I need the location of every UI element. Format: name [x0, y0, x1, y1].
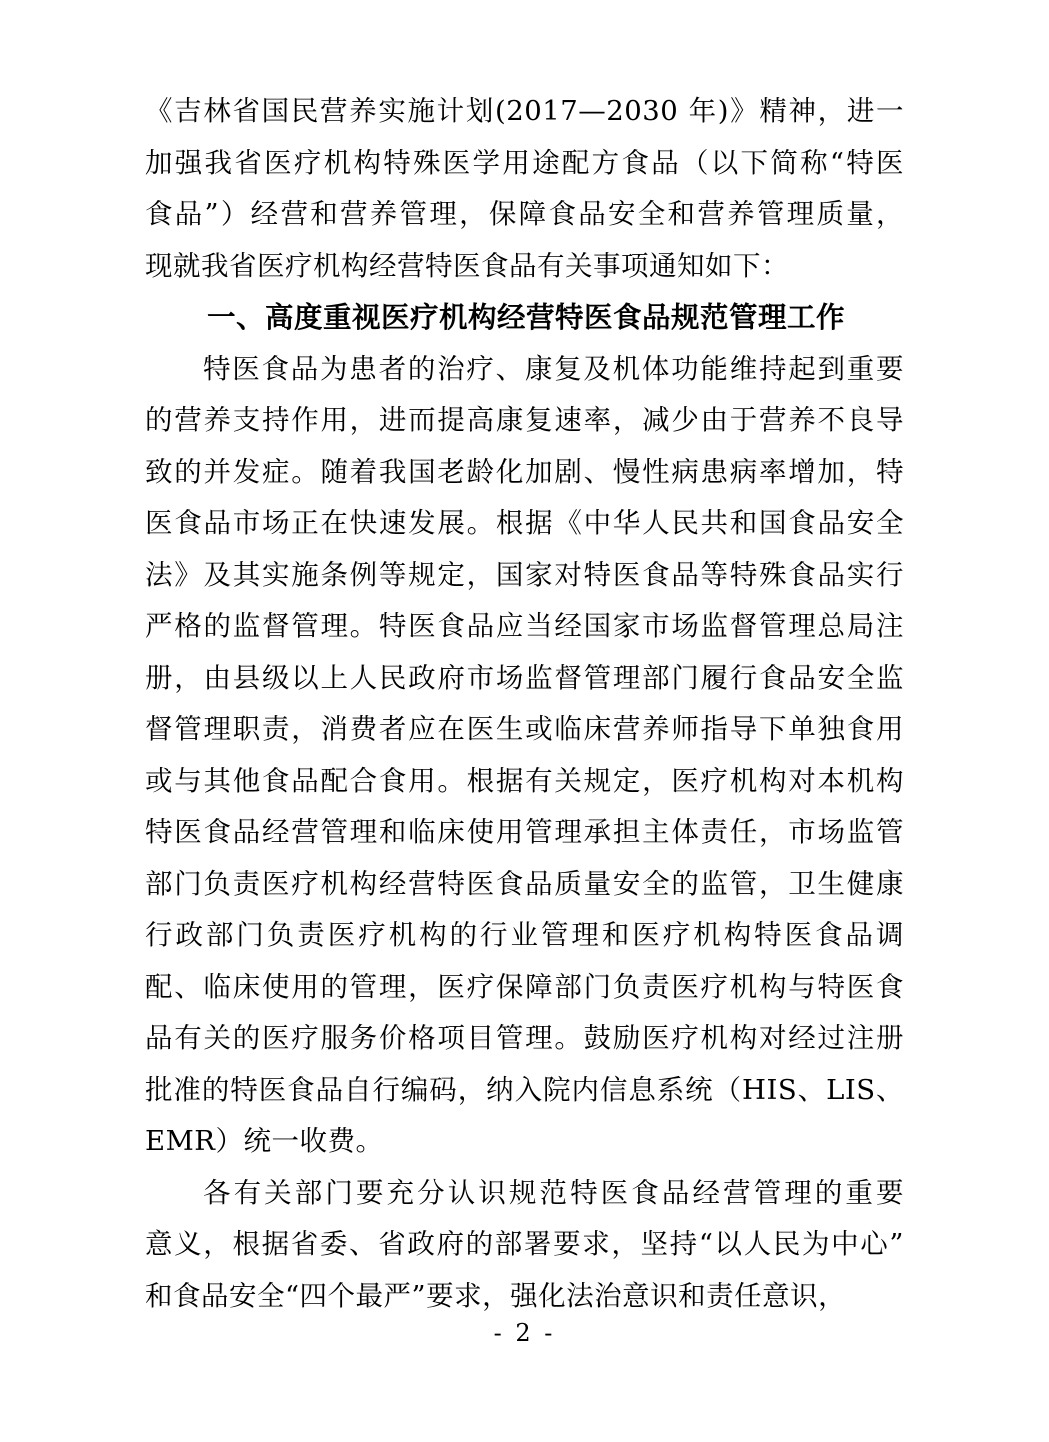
- text-line: 意义，根据省委、省政府的部署要求，坚持“以人民为中心”: [145, 1219, 904, 1271]
- text-line: 册，由县级以上人民政府市场监督管理部门履行食品安全监: [145, 653, 904, 705]
- text-line: 食品”）经营和营养管理，保障食品安全和营养管理质量，: [145, 189, 904, 241]
- text-line: 品有关的医疗服务价格项目管理。鼓励医疗机构对经过注册: [145, 1013, 904, 1065]
- text-line: 现就我省医疗机构经营特医食品有关事项通知如下：: [145, 241, 904, 293]
- text-line: 严格的监督管理。特医食品应当经国家市场监督管理总局注: [145, 601, 904, 653]
- text-line: 加强我省医疗机构特殊医学用途配方食品（以下简称“特医: [145, 138, 904, 190]
- page-number: - 2 -: [145, 1318, 904, 1348]
- section-heading: 一、高度重视医疗机构经营特医食品规范管理工作: [145, 292, 904, 344]
- document-page-body: 《吉林省国民营养实施计划(2017—2030 年)》精神，进一步 加强我省医疗机…: [145, 86, 904, 1322]
- text-line: 《吉林省国民营养实施计划(2017—2030 年)》精神，进一步: [145, 86, 904, 138]
- text-line: 医食品市场正在快速发展。根据《中华人民共和国食品安全: [145, 498, 904, 550]
- text-line: 批准的特医食品自行编码，纳入院内信息系统（HIS、LIS、: [145, 1065, 904, 1117]
- text-line: 行政部门负责医疗机构的行业管理和医疗机构特医食品调: [145, 910, 904, 962]
- text-line: 配、临床使用的管理，医疗保障部门负责医疗机构与特医食: [145, 962, 904, 1014]
- text-line: 致的并发症。随着我国老龄化加剧、慢性病患病率增加，特: [145, 447, 904, 499]
- text-line: EMR）统一收费。: [145, 1116, 904, 1168]
- text-line: 和食品安全“四个最严”要求，强化法治意识和责任意识，: [145, 1271, 904, 1323]
- text-line: 法》及其实施条例等规定，国家对特医食品等特殊食品实行: [145, 550, 904, 602]
- text-line: 特医食品经营管理和临床使用管理承担主体责任，市场监管: [145, 807, 904, 859]
- text-line: 的营养支持作用，进而提高康复速率，减少由于营养不良导: [145, 395, 904, 447]
- text-line: 部门负责医疗机构经营特医食品质量安全的监管，卫生健康: [145, 859, 904, 911]
- text-line: 各有关部门要充分认识规范特医食品经营管理的重要: [145, 1168, 904, 1220]
- text-line: 特医食品为患者的治疗、康复及机体功能维持起到重要: [145, 344, 904, 396]
- text-line: 督管理职责，消费者应在医生或临床营养师指导下单独食用: [145, 704, 904, 756]
- text-line: 或与其他食品配合食用。根据有关规定，医疗机构对本机构: [145, 756, 904, 808]
